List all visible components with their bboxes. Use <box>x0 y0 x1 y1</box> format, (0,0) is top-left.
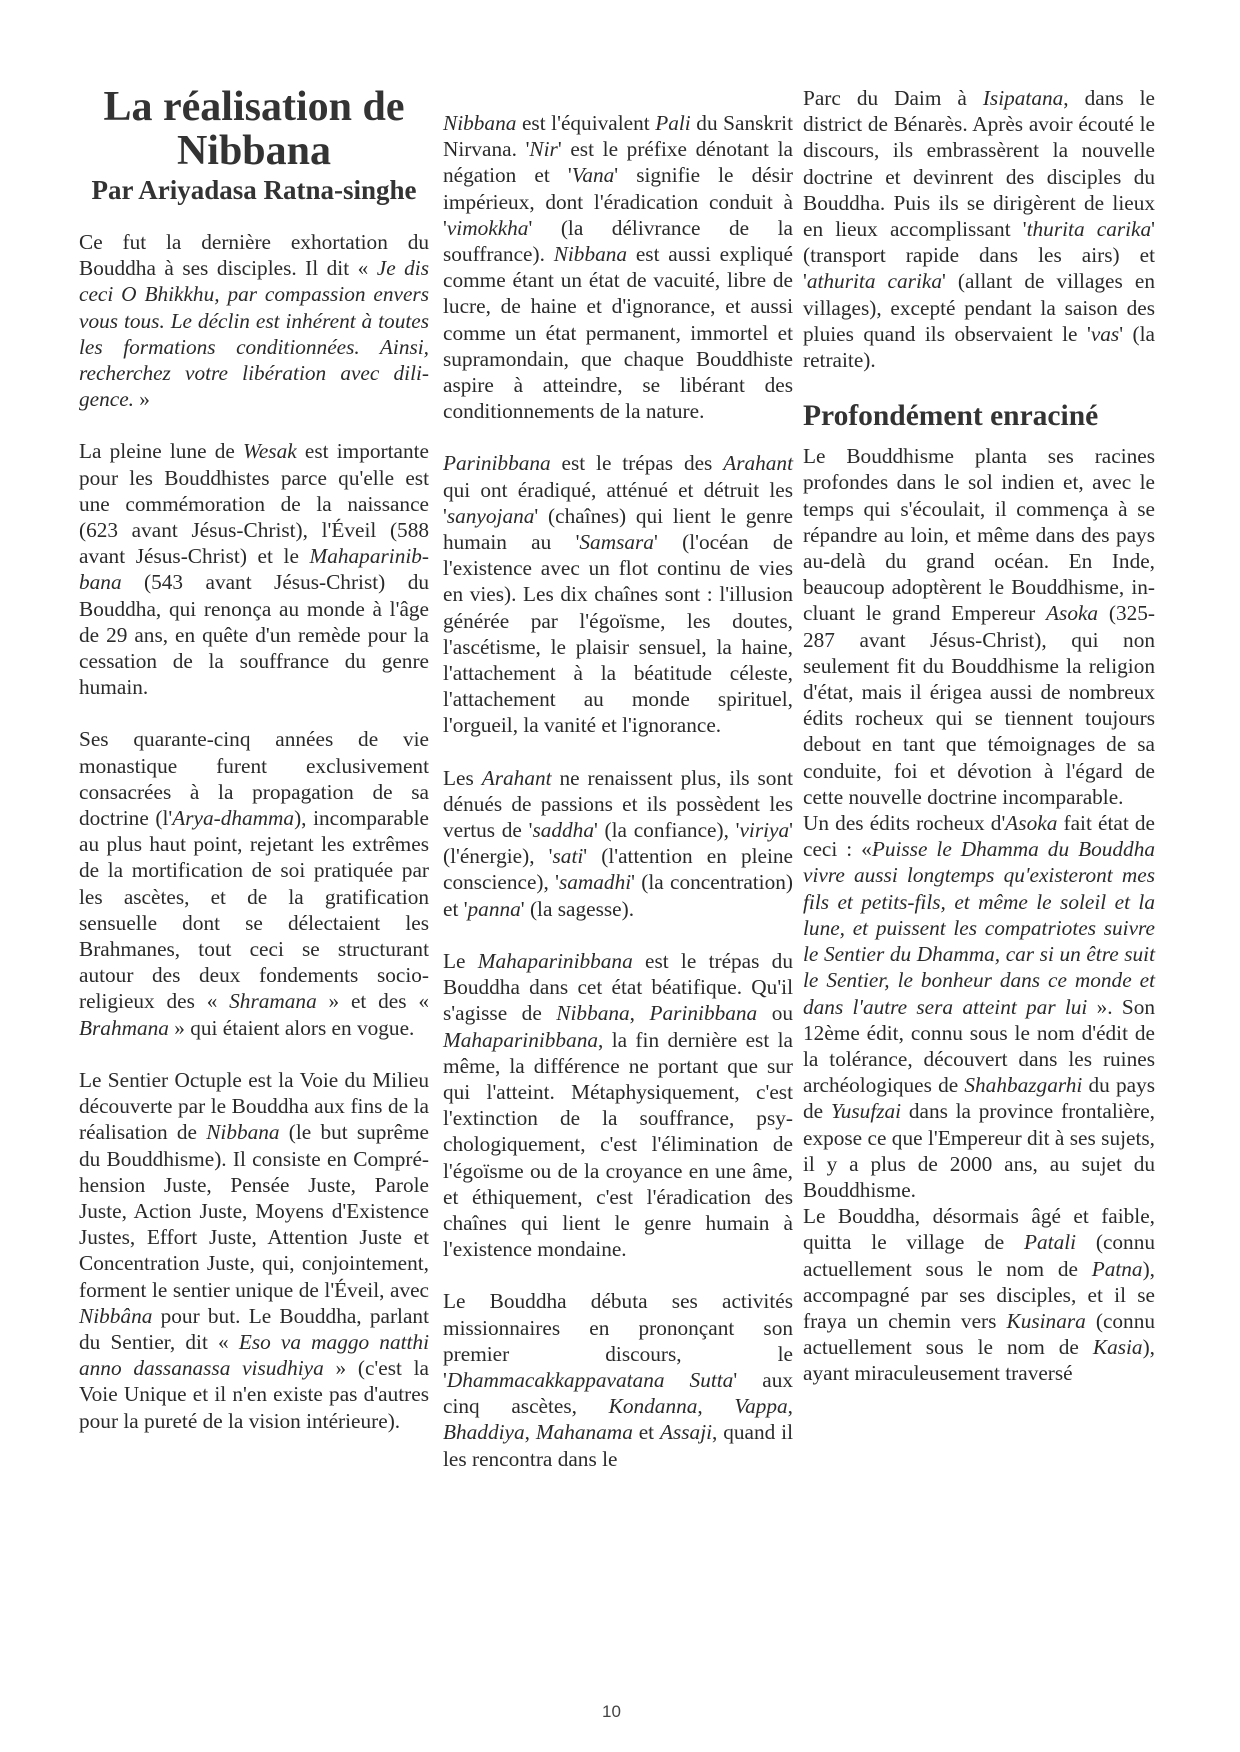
paragraph: Ce fut la dernière exhortation du Bouddh… <box>79 229 429 412</box>
column-3: Parc du Daim à Isipatana, dans le distri… <box>803 85 1155 1387</box>
paragraph: Les Arahant ne renaissent plus, ils sont… <box>443 765 793 922</box>
paragraph: Ses quarante-cinq années de vie monastiq… <box>79 726 429 1040</box>
section-heading: Profondément enraciné <box>803 399 1155 433</box>
column-2: Nibbana est l'équivalent Pali du Sanskri… <box>443 110 793 1498</box>
paragraph: Le Bouddhisme planta ses racines profond… <box>803 443 1155 810</box>
paragraph: Le Bouddha débuta ses activités missionn… <box>443 1288 793 1471</box>
paragraph: La pleine lune de Wesak est im­portante … <box>79 438 429 700</box>
column-3-body-bottom: Le Bouddhisme planta ses racines profond… <box>803 443 1155 1386</box>
paragraph: Le Sentier Octuple est la Voie du Milieu… <box>79 1067 429 1434</box>
paragraph: Un des édits rocheux d'Asoka fait état d… <box>803 810 1155 1203</box>
page-number: 10 <box>602 1702 621 1722</box>
column-1: La réalisation de Nibbana Par Ariyadasa … <box>79 85 429 1460</box>
paragraph: Le Bouddha, désormais âgé et faible, qui… <box>803 1203 1155 1386</box>
column-1-body: Ce fut la dernière exhortation du Bouddh… <box>79 229 429 1434</box>
column-2-body: Nibbana est l'équivalent Pali du Sanskri… <box>443 110 793 1472</box>
paragraph: Le Mahaparinibbana est le trépas du Boud… <box>443 948 793 1262</box>
paragraph: Nibbana est l'équivalent Pali du Sanskri… <box>443 110 793 424</box>
paragraph: Parc du Daim à Isipatana, dans le distri… <box>803 85 1155 373</box>
paragraph: Parinibbana est le trépas des Ara­hant q… <box>443 450 793 738</box>
article-title: La réalisation de Nibbana <box>79 85 429 173</box>
article-byline: Par Ariyadasa Ratna-singhe <box>79 175 429 205</box>
column-3-body-top: Parc du Daim à Isipatana, dans le distri… <box>803 85 1155 373</box>
